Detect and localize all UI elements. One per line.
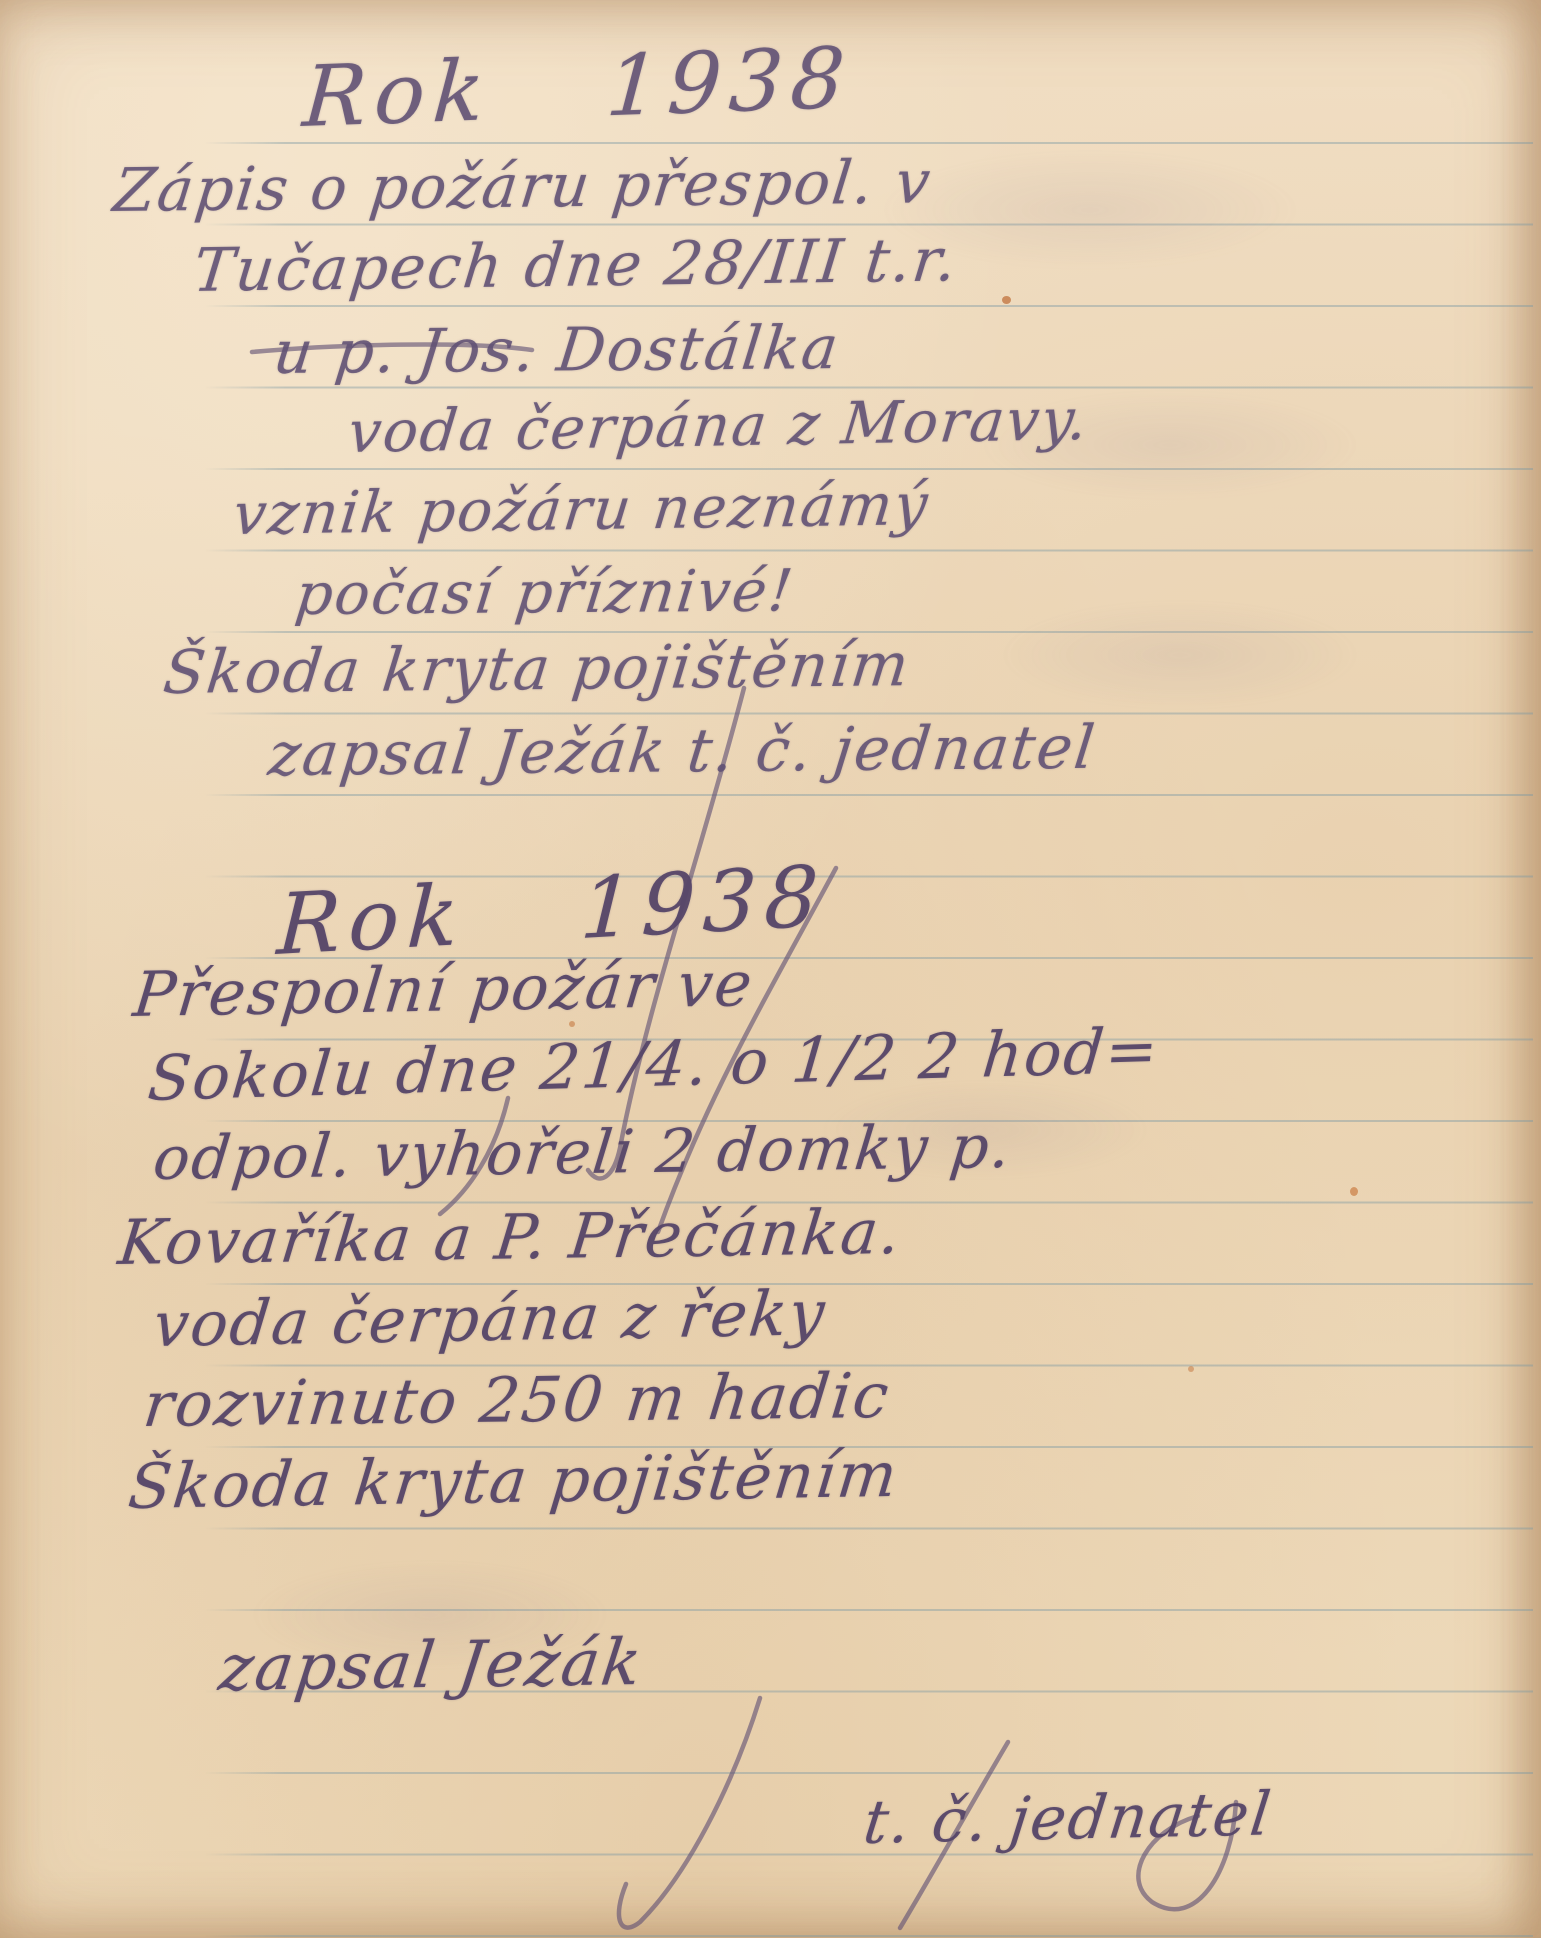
signature-title: t. č. jednatel — [860, 1779, 1276, 1858]
handwriting-line: zapsal Ježák t. č. jednatel — [265, 713, 1100, 790]
bleed-through-smudge — [1000, 600, 1360, 710]
signature: zapsal Ježák — [215, 1626, 647, 1706]
handwriting-line: počasí příznivé! — [292, 556, 798, 628]
handwriting-line: u p. Jos. Dostálka — [270, 313, 844, 388]
handwriting-line: voda čerpána z řeky — [150, 1276, 830, 1361]
paper-speck — [1002, 296, 1011, 304]
handwriting-line: voda čerpána z Moravy. — [345, 385, 1092, 466]
handwriting-line: rozvinuto 250 m hadic — [140, 1359, 894, 1441]
handwriting-line: vznik požáru neznámý — [230, 470, 933, 548]
handwriting-line: Kovaříka a P. Přečánka. — [115, 1195, 906, 1279]
handwriting-line: Zápis o požáru přespol. v — [110, 147, 935, 226]
handwriting-line: Škoda kryta pojištěním — [125, 1438, 902, 1523]
paper-speck — [1188, 1366, 1194, 1372]
handwriting-line: Tučapech dne 28/III t.r. — [190, 225, 962, 306]
handwriting-line: Přespolní požár ve — [130, 947, 757, 1031]
handwriting-line: Škoda kryta pojištěním — [160, 630, 914, 708]
handwriting-line: odpol. vyhořeli 2 domky p. — [150, 1112, 1016, 1194]
year-heading-1: Rok 1938 — [300, 29, 856, 146]
paper-speck — [1350, 1187, 1358, 1196]
